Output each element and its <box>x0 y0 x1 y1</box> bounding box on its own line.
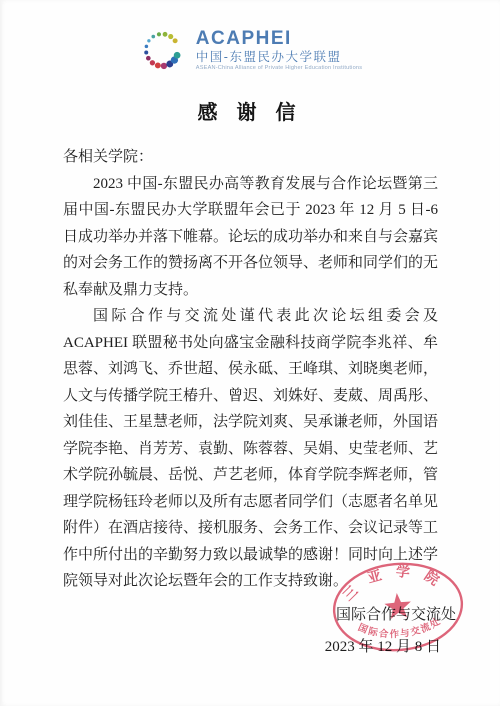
org-logo: ACAPHEI 中国-东盟民办大学联盟 ASEAN-China Alliance… <box>0 0 500 74</box>
logo-ring-icon <box>138 26 186 74</box>
logo-name-chinese: 中国-东盟民办大学联盟 <box>196 50 362 64</box>
letter-body: 各相关学院： 2023 中国-东盟民办高等教育发展与合作论坛暨第三届中国-东盟民… <box>63 144 438 664</box>
scanned-letter-page: ACAPHEI 中国-东盟民办大学联盟 ASEAN-China Alliance… <box>0 0 500 706</box>
salutation: 各相关学院： <box>63 144 438 171</box>
signature-date: 2023 年 12 月 8 日 <box>63 631 441 664</box>
paragraph-2: 国际合作与交流处谨代表此次论坛组委会及 ACAPHEI 联盟秘书处向盛宝金融科技… <box>63 303 438 595</box>
logo-wordmark: ACAPHEI 中国-东盟民办大学联盟 ASEAN-China Alliance… <box>196 28 362 72</box>
signature-department: 国际合作与交流处 <box>63 600 456 631</box>
signature-block: 国际合作与交流处 2023 年 12 月 8 日 <box>63 600 438 664</box>
logo-name-english: ASEAN-China Alliance of Private Higher E… <box>196 65 362 71</box>
paragraph-1: 2023 中国-东盟民办高等教育发展与合作论坛暨第三届中国-东盟民办大学联盟年会… <box>63 171 438 304</box>
letter-title: 感 谢 信 <box>0 96 500 125</box>
logo-acronym: ACAPHEI <box>196 28 362 50</box>
